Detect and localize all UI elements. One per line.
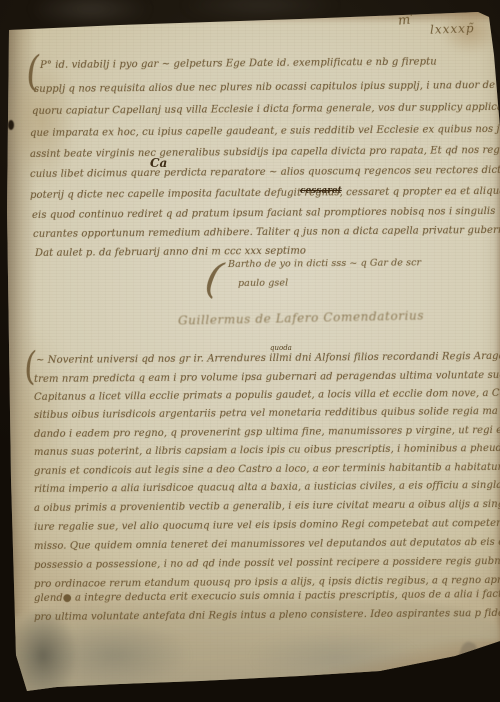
sewing-hole (6, 592, 11, 599)
sewing-hole (8, 120, 14, 130)
sewing-hole (6, 644, 11, 651)
interlinear-addition: quoda (270, 344, 292, 352)
signature-line: Bartho de yo in dicti sss ~ q Gar de scr (228, 257, 421, 270)
ink-correction: Ca (150, 156, 167, 170)
sewing-hole (7, 617, 12, 625)
manuscript-dateline: Dat aulet p. da februarij anno dni m ccc… (35, 246, 306, 259)
signature-line: paulo gsel (238, 278, 288, 289)
backdrop-fold-streak (180, 0, 340, 20)
backdrop-fold-streak (30, 0, 150, 26)
manuscript-page: mʹ lxxxxp̃ ( P° id. vidabilj i pyo gar ~… (0, 0, 500, 702)
ink-correction: cessaret (300, 186, 342, 196)
photo-backdrop: mʹ lxxxxp̃ ( P° id. vidabilj i pyo gar ~… (0, 0, 500, 702)
sewing-hole (6, 568, 11, 575)
folio-number: lxxxxp̃ (430, 21, 475, 37)
folio-mark: mʹ (397, 12, 414, 29)
